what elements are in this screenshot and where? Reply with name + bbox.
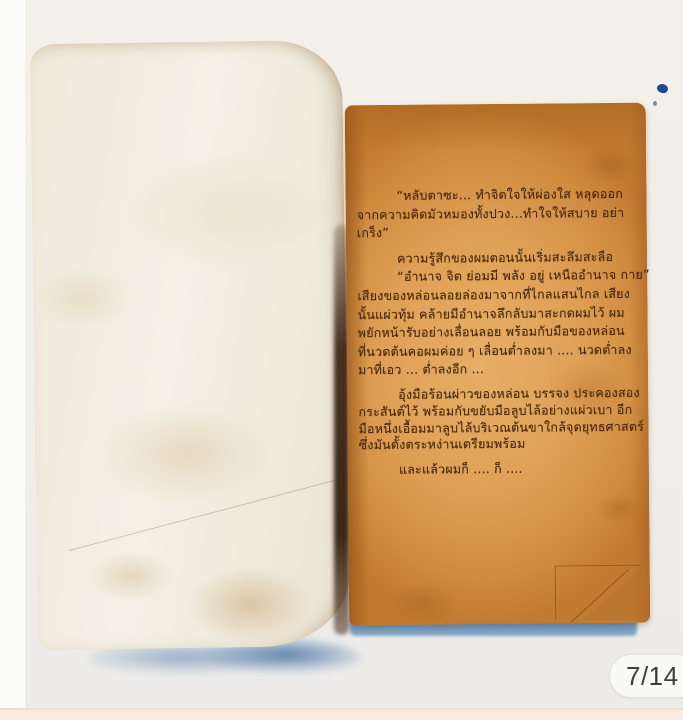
text-line: เกร็ง” <box>357 222 638 243</box>
text-line: ที่นวดต้นคอผมค่อย ๆ เลื่อนต่ำลงมา .... น… <box>358 341 639 362</box>
page-crease <box>69 473 359 551</box>
book-right-page: “หลับตาซะ... ทำจิตใจให้ผ่องใส หลุดออก จา… <box>345 103 651 626</box>
text-line: อุ้งมือร้อนผ่าวของหล่อน บรรจง ประคองสอง <box>358 385 639 404</box>
paragraph: ความรู้สึกของผมตอนนั้นเริ่มสะลึมสะลือ “อ… <box>357 248 639 381</box>
text-line: มือหนึ่งเอื้อมมาลูบไล้บริเวณต้นขาใกล้จุด… <box>358 418 639 437</box>
text-line: มาที่เอว ... ต่ำลงอีก ... <box>358 359 639 380</box>
ink-dot <box>656 82 669 94</box>
dog-ear-fold <box>555 565 641 621</box>
photo-left-margin <box>0 0 25 708</box>
book-left-page-blank <box>30 40 350 650</box>
paragraph: และแล้วผมก็ .... ก็ .... <box>359 459 640 480</box>
page-counter-badge: 7/14 <box>609 654 683 698</box>
paragraph: “หลับตาซะ... ทำจิตใจให้ผ่องใส หลุดออก จา… <box>356 185 637 243</box>
text-line: และแล้วผมก็ .... ก็ .... <box>359 459 640 480</box>
bottom-section-edge <box>0 708 683 720</box>
paragraph: อุ้งมือร้อนผ่าวของหล่อน บรรจง ประคองสอง … <box>358 385 640 455</box>
text-line: กระสันต์ไว้ พร้อมกับขยับมือลูบไล้อย่างแผ… <box>358 401 639 420</box>
printed-text-block: “หลับตาซะ... ทำจิตใจให้ผ่องใส หลุดออก จา… <box>356 185 640 487</box>
image-viewer[interactable]: “หลับตาซะ... ทำจิตใจให้ผ่องใส หลุดออก จา… <box>0 0 683 720</box>
text-line: พยักหน้ารับอย่างเลื่อนลอย พร้อมกับมือของ… <box>358 322 639 343</box>
fold-flap <box>583 568 641 621</box>
text-line: จากความคิดมัวหมองทั้งปวง...ทำใจให้สบาย อ… <box>357 203 638 224</box>
text-line: “หลับตาซะ... ทำจิตใจให้ผ่องใส หลุดออก <box>356 185 637 206</box>
text-line: “อำนาจ จิต ย่อมมี พลัง อยู่ เหนืออำนาจ ก… <box>357 266 638 287</box>
text-line: ซึ่งมันตั้งตระหง่านเตรียมพร้อม <box>359 435 640 454</box>
ink-dot-small <box>653 101 657 106</box>
text-line: เสียงของหล่อนลอยล่องมาจากที่ไกลแสนไกล เส… <box>357 285 638 306</box>
page-counter-label: 7/14 <box>626 661 679 692</box>
text-line: นั้นแผ่วทุ้ม คล้ายมีอำนาจลึกลับมาสะกดผมไ… <box>357 303 638 324</box>
text-line: ความรู้สึกของผมตอนนั้นเริ่มสะลึมสะลือ <box>357 248 638 269</box>
fold-crease-vertical <box>555 565 556 620</box>
fold-crease-horizontal <box>555 565 641 567</box>
